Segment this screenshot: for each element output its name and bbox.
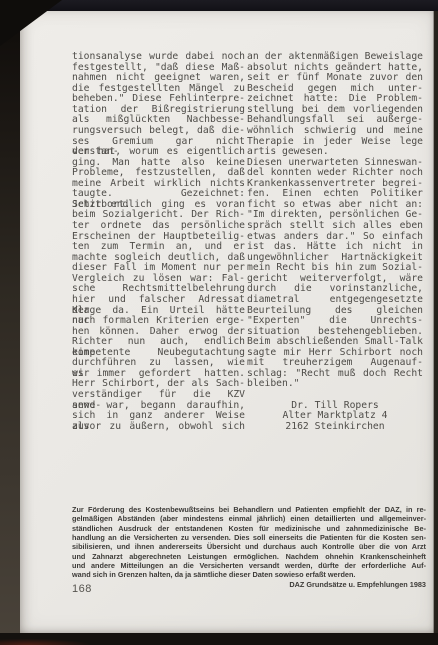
text-line: an der aktenmäßigen Beweislage (247, 52, 423, 63)
text-column-left: tionsanalyse wurde dabei nochfestgestell… (72, 52, 245, 432)
text-line: tionsanalyse wurde dabei noch (72, 52, 245, 63)
text-line: rungsversuch belegt, daß die- (72, 126, 245, 137)
text-line: gelmäßigen Abständen (aber mindestens ei… (72, 514, 426, 523)
film-edge-top (0, 0, 438, 11)
footer-attribution: DAZ Grundsätze u. Empfehlungen 1983 (72, 580, 426, 589)
text-line: verständiger für die KZV anwe- (72, 390, 245, 401)
scanned-page: tionsanalyse wurde dabei nochfestgestell… (20, 11, 434, 633)
text-line: und andere Mitteilungen an die Versicher… (72, 561, 426, 570)
paragraph: an der aktenmäßigen Beweislageabsolut ni… (247, 52, 423, 158)
text-column-right: an der aktenmäßigen Beweislageabsolut ni… (247, 52, 423, 432)
text-line: und Zahnarzt abgerechneten Leistungen er… (72, 552, 426, 561)
paragraph: Diesen unerwarteten Sinneswan-del konnte… (247, 158, 423, 390)
text-line: bleiben." (247, 379, 423, 390)
page-number: 168 (72, 583, 92, 595)
text-line: spräch stellt sich alles eben (247, 221, 423, 232)
footer-note: Zur Förderung des Kostenbewußtseins bei … (72, 505, 426, 589)
text-line: wöhnlich schwierig und meine (247, 126, 423, 137)
signature-line: 2162 Steinkirchen (247, 422, 423, 433)
text-line: wand sich in Grenzen halten, da ja sämtl… (72, 570, 426, 579)
footer-note-lines: Zur Förderung des Kostenbewußtseins bei … (72, 505, 426, 580)
film-edge-left (0, 0, 20, 645)
text-line: Zur Förderung des Kostenbewußtseins bei … (72, 505, 426, 514)
paragraph: tionsanalyse wurde dabei nochfestgestell… (72, 52, 245, 432)
text-line: ständlichen Ausdruck der entstandenen Ko… (72, 524, 426, 533)
text-line: zuvor zu äußern, obwohl sich (72, 422, 245, 433)
text-line: handlung an die Versicherten zu versende… (72, 533, 426, 542)
text-line: ter ordnete das persönliche (72, 221, 245, 232)
text-line: sibilisieren, und ihnen andererseits Übe… (72, 542, 426, 551)
article-body: tionsanalyse wurde dabei nochfestgestell… (72, 52, 423, 432)
text-line: hier und falscher Adressat der (72, 295, 245, 306)
signature-block: Dr. Till RopersAlter Marktplatz 42162 St… (247, 401, 423, 433)
scanned-book-photo: tionsanalyse wurde dabei nochfestgestell… (0, 0, 438, 645)
text-line: diametral entgegengesetzte (247, 295, 423, 306)
film-edge-bottom (0, 633, 438, 645)
film-edge-right (433, 0, 438, 645)
